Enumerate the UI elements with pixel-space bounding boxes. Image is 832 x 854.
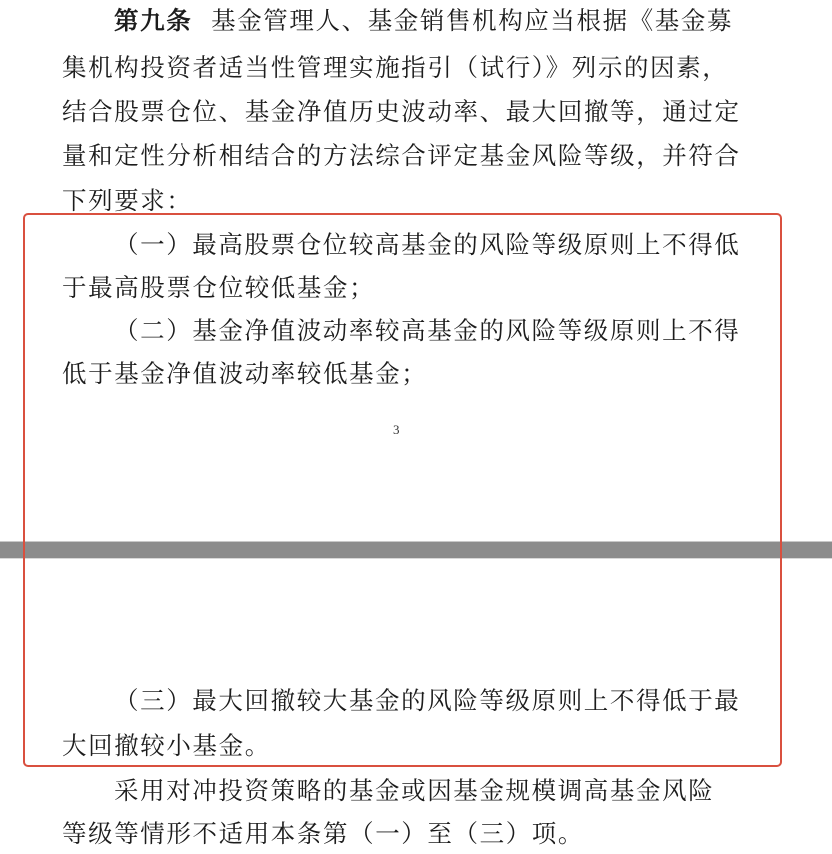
item-1-line-2: 于最高股票仓位较低基金； bbox=[62, 273, 375, 303]
item-3-line-2: 大回撤较小基金。 bbox=[62, 731, 271, 761]
exception-line-2: 等级等情形不适用本条第（一）至（三）项。 bbox=[62, 819, 584, 849]
article-text: 基金管理人、基金销售机构应当根据《基金募 bbox=[211, 6, 733, 35]
exception-line-1: 采用对冲投资策略的基金或因基金规模调高基金风险 bbox=[114, 776, 714, 806]
article-line-2: 集机构投资者适当性管理实施指引（试行）》列示的因素， bbox=[62, 53, 728, 83]
item-3-line-1: （三）最大回撤较大基金的风险等级原则上不得低于最 bbox=[114, 686, 740, 716]
page-break-divider bbox=[0, 541, 832, 559]
page-number: 3 bbox=[393, 422, 400, 438]
item-1-line-1: （一）最高股票仓位较高基金的风险等级原则上不得低 bbox=[114, 230, 740, 260]
article-line-4: 量和定性分析相结合的方法综合评定基金风险等级，并符合 bbox=[62, 141, 741, 171]
item-2-line-1: （二）基金净值波动率较高基金的风险等级原则上不得 bbox=[114, 316, 740, 346]
article-line-3: 结合股票仓位、基金净值历史波动率、最大回撤等，通过定 bbox=[62, 97, 741, 127]
article-line-5: 下列要求： bbox=[62, 186, 193, 216]
item-2-line-2: 低于基金净值波动率较低基金； bbox=[62, 359, 427, 389]
article-line-1: 第九条 基金管理人、基金销售机构应当根据《基金募 bbox=[114, 6, 733, 36]
article-heading: 第九条 bbox=[114, 6, 192, 35]
